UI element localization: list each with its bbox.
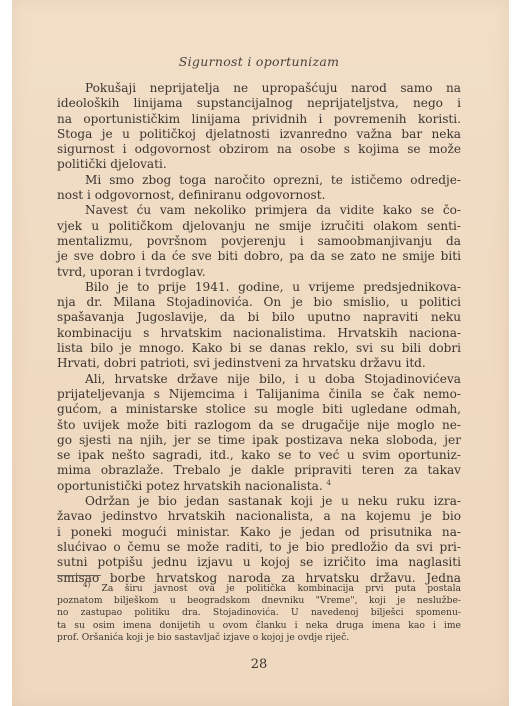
text-line: lista bilo je mnogo. Kako bi se danas re… xyxy=(57,341,461,356)
text-line: Navest ću vam nekoliko primjera da vidit… xyxy=(57,203,461,218)
page-number: 28 xyxy=(57,657,461,672)
footnote-line: prof. Oršanića koji je bio sastavljač iz… xyxy=(57,632,461,644)
text-line: se ipak nešto sagradi, itd., kako se to … xyxy=(57,448,461,463)
body-text: Pokušaji neprijatelja ne upropašćuju nar… xyxy=(57,81,461,586)
text-line: spašavanja Jugoslavije, da bi bilo uputn… xyxy=(57,310,461,325)
text-line: Mi smo zbog toga naročito oprezni, te is… xyxy=(57,173,461,188)
text-line: Bilo je to prije 1941. godine, u vrijeme… xyxy=(57,280,461,295)
text-line: Hrvati, dobri patrioti, svi jedinstveni … xyxy=(57,356,461,371)
text-line: Pokušaji neprijatelja ne upropašćuju nar… xyxy=(57,81,461,96)
text-line-content: oportunistički potez hrvatskih nacionali… xyxy=(57,479,323,493)
text-line: na oportunističkim linijama prividnih i … xyxy=(57,112,461,127)
text-line: žavao jedinstvo hrvatskih nacionalista, … xyxy=(57,509,461,524)
footnote-reference[interactable]: 4 xyxy=(327,479,331,487)
text-line: Ali, hrvatske države nije bilo, i u doba… xyxy=(57,372,461,387)
text-line: gućom, a ministarske stolice su mogle bi… xyxy=(57,402,461,417)
text-line: mentalizmu, površnom povjerenju i samoob… xyxy=(57,234,461,249)
footnote-line: ta su osim imena donijetih u ovom članku… xyxy=(57,620,461,632)
text-line: mima obrazlaže. Trebalo je dakle priprav… xyxy=(57,463,461,478)
footnote: 4) Za širu javnost ova je politička komb… xyxy=(57,583,461,644)
text-line: nja dr. Milana Stojadinovića. On je bio … xyxy=(57,295,461,310)
text-line: vjek u političkom djelovanju ne smije iz… xyxy=(57,219,461,234)
text-line: i poneki mogući ministar. Kako je jedan … xyxy=(57,525,461,540)
text-line: ideoloških linijama supstancijalnog nepr… xyxy=(57,96,461,111)
footnote-line: poznatom bilješkom u beogradskom dnevnik… xyxy=(57,595,461,607)
text-line: oportunistički potez hrvatskih nacionali… xyxy=(57,479,461,494)
text-line: kombinaciju s hrvatskim nacionalistima. … xyxy=(57,326,461,341)
text-line: sigurnost i odgovornost obzirom na osobe… xyxy=(57,142,461,157)
running-head: Sigurnost i oportunizam xyxy=(57,54,461,69)
text-line: nost i odgovornost, definiranu odgovorno… xyxy=(57,188,461,203)
footnote-line: no zastupao politiku dra. Stojadinovića.… xyxy=(57,607,461,619)
footnote-marker: 4) xyxy=(83,581,90,589)
footnote-line: 4) Za širu javnost ova je politička komb… xyxy=(57,583,461,595)
text-line: što uvijek može biti razlogom da se drug… xyxy=(57,418,461,433)
text-line: prijateljevanja s Nijemcima i Talijanima… xyxy=(57,387,461,402)
text-line: sutni potpišu jednu izjavu u kojoj se iz… xyxy=(57,555,461,570)
text-line: go sjesti na njih, jer se time ipak post… xyxy=(57,433,461,448)
book-page: Sigurnost i oportunizam Pokušaji neprija… xyxy=(12,0,509,706)
text-line: je sve dobro i da će sve biti dobro, pa … xyxy=(57,249,461,264)
text-line: Stoga je u političkoj djelatnosti izvanr… xyxy=(57,127,461,142)
text-line: politički djelovati. xyxy=(57,157,461,172)
text-line: tvrd, uporan i tvrdoglav. xyxy=(57,265,461,280)
text-line: slućivao o čemu se može raditi, to je bi… xyxy=(57,540,461,555)
footnote-line-content: Za širu javnost ova je politička kombina… xyxy=(102,583,461,594)
footnote-divider xyxy=(57,575,101,576)
text-line: Održan je bio jedan sastanak koji je u n… xyxy=(57,494,461,509)
